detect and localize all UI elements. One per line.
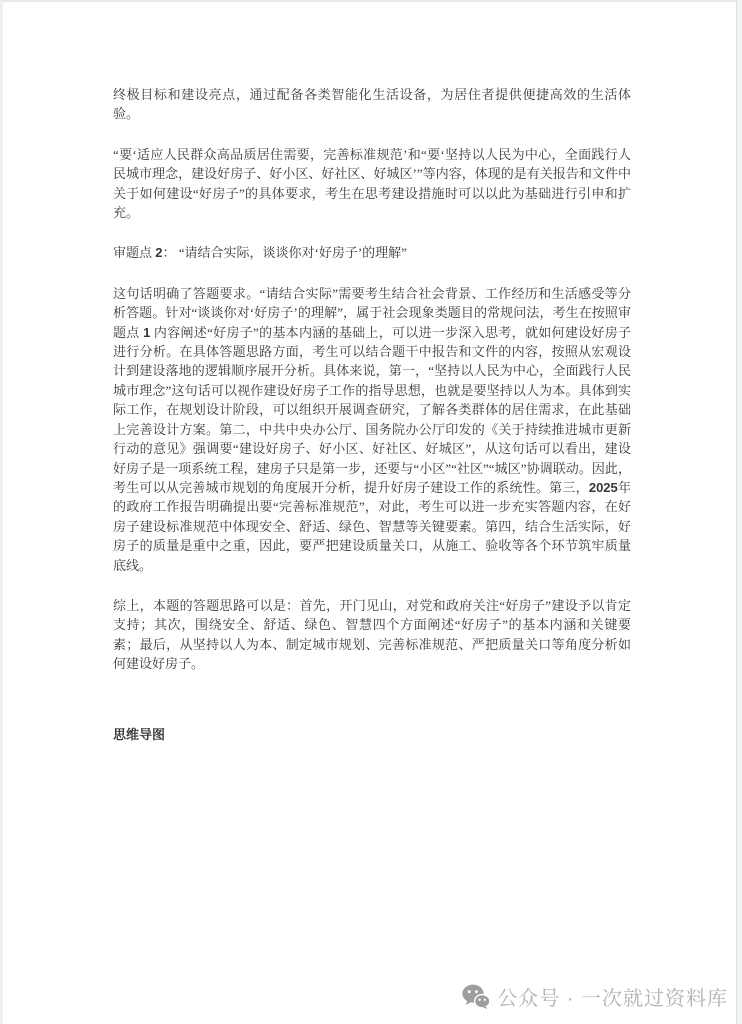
paragraph-intro-continuation: 终极目标和建设亮点，通过配备各类智能化生活设备，为居住者提供便捷高效的生活体验。 — [113, 85, 631, 124]
heading-mindmap: 思维导图 — [113, 725, 631, 744]
heading-review-point-2: 审题点 2： “请结合实际，谈谈你对‘好房子’的理解” — [113, 243, 631, 262]
document-body: 终极目标和建设亮点，通过配备各类智能化生活设备，为居住者提供便捷高效的生活体验。… — [113, 85, 631, 744]
paragraph-report-quote: “要‘适应人民群众高品质居住需要，完善标准规范’和“要‘坚持以人民为中心，全面践… — [113, 145, 631, 223]
watermark-text: 公众号 · 一次就过资料库 — [497, 982, 728, 1011]
page-right-gutter — [736, 0, 742, 1024]
wechat-icon — [462, 984, 490, 1009]
page-left-edge — [0, 0, 3, 1024]
paragraph-summary: 综上，本题的答题思路可以是：首先，开门见山，对党和政府关注“好房子”建设予以肯定… — [113, 596, 631, 674]
page-top-edge — [0, 0, 742, 2]
watermark: 公众号 · 一次就过资料库 — [462, 982, 728, 1011]
paragraph-analysis: 这句话明确了答题要求。“请结合实际”需要考生结合社会背景、工作经历和生活感受等分… — [113, 284, 631, 575]
document-page: 终极目标和建设亮点，通过配备各类智能化生活设备，为居住者提供便捷高效的生活体验。… — [0, 0, 742, 1024]
